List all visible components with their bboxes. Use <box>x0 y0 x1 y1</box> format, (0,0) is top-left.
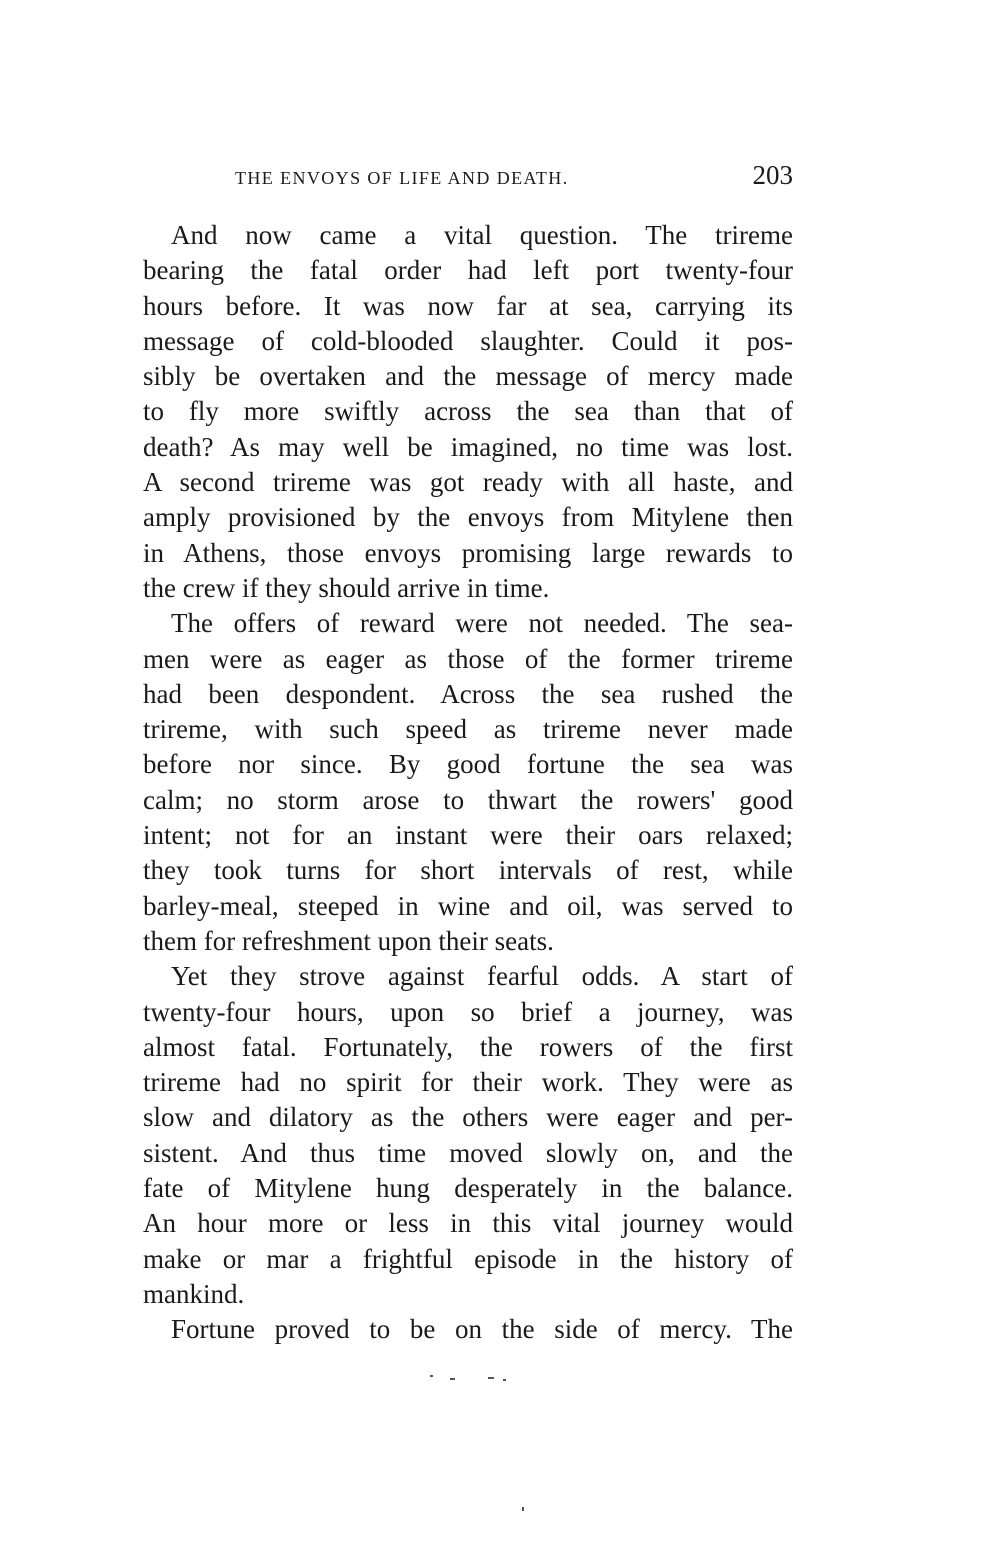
text-line: death? As may well be imagined, no time … <box>143 430 793 465</box>
text-line: A second trireme was got ready with all … <box>143 465 793 500</box>
text-line: Yet they strove against fearful odds. A … <box>143 959 793 994</box>
text-line: before nor since. By good fortune the se… <box>143 747 793 782</box>
text-line: trireme, with such speed as trireme neve… <box>143 712 793 747</box>
text-line: bearing the fatal order had left port tw… <box>143 253 793 288</box>
scan-speck <box>488 1377 494 1379</box>
text-line: fate of Mitylene hung desperately in the… <box>143 1171 793 1206</box>
text-line: And now came a vital question. The trire… <box>143 218 793 253</box>
text-line: had been despondent. Across the sea rush… <box>143 677 793 712</box>
text-line: amply provisioned by the envoys from Mit… <box>143 500 793 535</box>
text-line: An hour more or less in this vital journ… <box>143 1206 793 1241</box>
text-line: trireme had no spirit for their work. Th… <box>143 1065 793 1100</box>
text-line: message of cold-blooded slaughter. Could… <box>143 324 793 359</box>
scan-speck <box>522 1507 524 1511</box>
text-line: twenty-four hours, upon so brief a journ… <box>143 995 793 1030</box>
text-line: The offers of reward were not needed. Th… <box>143 606 793 641</box>
text-line: sibly be overtaken and the message of me… <box>143 359 793 394</box>
scan-speck <box>430 1375 433 1377</box>
running-head: THE ENVOYS OF LIFE AND DEATH. 203 <box>143 160 793 194</box>
text-line: barley-meal, steeped in wine and oil, wa… <box>143 889 793 924</box>
scan-speck <box>450 1378 455 1380</box>
text-line: sistent. And thus time moved slowly on, … <box>143 1136 793 1171</box>
text-line: them for refreshment upon their seats. <box>143 924 793 959</box>
text-line: make or mar a frightful episode in the h… <box>143 1242 793 1277</box>
text-line: intent; not for an instant were their oa… <box>143 818 793 853</box>
text-line: Fortune proved to be on the side of merc… <box>143 1312 793 1347</box>
text-line: in Athens, those envoys promising large … <box>143 536 793 571</box>
paragraph-2: The offers of reward were not needed. Th… <box>143 606 793 959</box>
text-line: to fly more swiftly across the sea than … <box>143 394 793 429</box>
body-text: And now came a vital question. The trire… <box>143 218 793 1348</box>
text-line: men were as eager as those of the former… <box>143 642 793 677</box>
scan-speck <box>503 1379 506 1381</box>
page-number: 203 <box>753 160 794 191</box>
paragraph-1: And now came a vital question. The trire… <box>143 218 793 606</box>
paragraph-3: Yet they strove against fearful odds. A … <box>143 959 793 1312</box>
text-line: slow and dilatory as the others were eag… <box>143 1100 793 1135</box>
text-line: almost fatal. Fortunately, the rowers of… <box>143 1030 793 1065</box>
paragraph-4: Fortune proved to be on the side of merc… <box>143 1312 793 1347</box>
text-line: calm; no storm arose to thwart the rower… <box>143 783 793 818</box>
book-page: THE ENVOYS OF LIFE AND DEATH. 203 And no… <box>0 0 1000 1548</box>
text-line: mankind. <box>143 1277 793 1312</box>
text-line: they took turns for short intervals of r… <box>143 853 793 888</box>
text-line: hours before. It was now far at sea, car… <box>143 289 793 324</box>
running-title: THE ENVOYS OF LIFE AND DEATH. <box>235 168 569 189</box>
text-line: the crew if they should arrive in time. <box>143 571 793 606</box>
